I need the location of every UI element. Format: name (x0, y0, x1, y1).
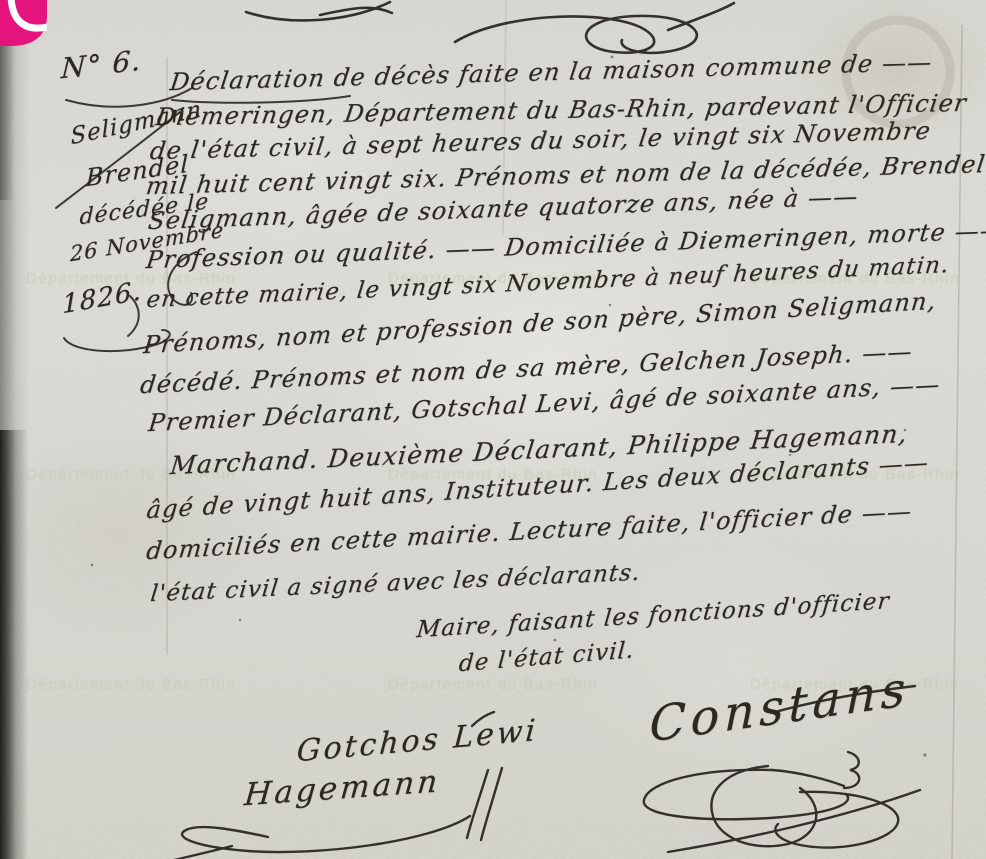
record-line: Maire, faisant les fonctions d'officier (415, 588, 890, 643)
document-scan: Département du Bas-Rhin Département du B… (0, 0, 986, 859)
margin-deceased-year: 1826. (62, 276, 142, 320)
signature-officer: Constans (649, 660, 910, 753)
record-line: Déclaration de décès faite en la maison … (168, 48, 934, 96)
binding-shadow-lower (0, 430, 28, 859)
margin-act-number: N° 6. (60, 44, 142, 86)
flourish-top-previous-record (246, 2, 734, 53)
watermark-text: Département du Bas-Rhin (26, 676, 236, 693)
signature-second-declarant: Hagemann (243, 763, 442, 813)
brand-logo-shape (0, 0, 47, 46)
watermark-text: Département du Bas-Rhin (388, 676, 598, 693)
record-line: de l'état civil. (458, 637, 636, 677)
signature-first-declarant: Gotchos Lewi (296, 713, 540, 769)
record-line: l'état civil a signé avec les déclarants… (149, 560, 642, 608)
brand-logo-icon (0, 0, 47, 46)
